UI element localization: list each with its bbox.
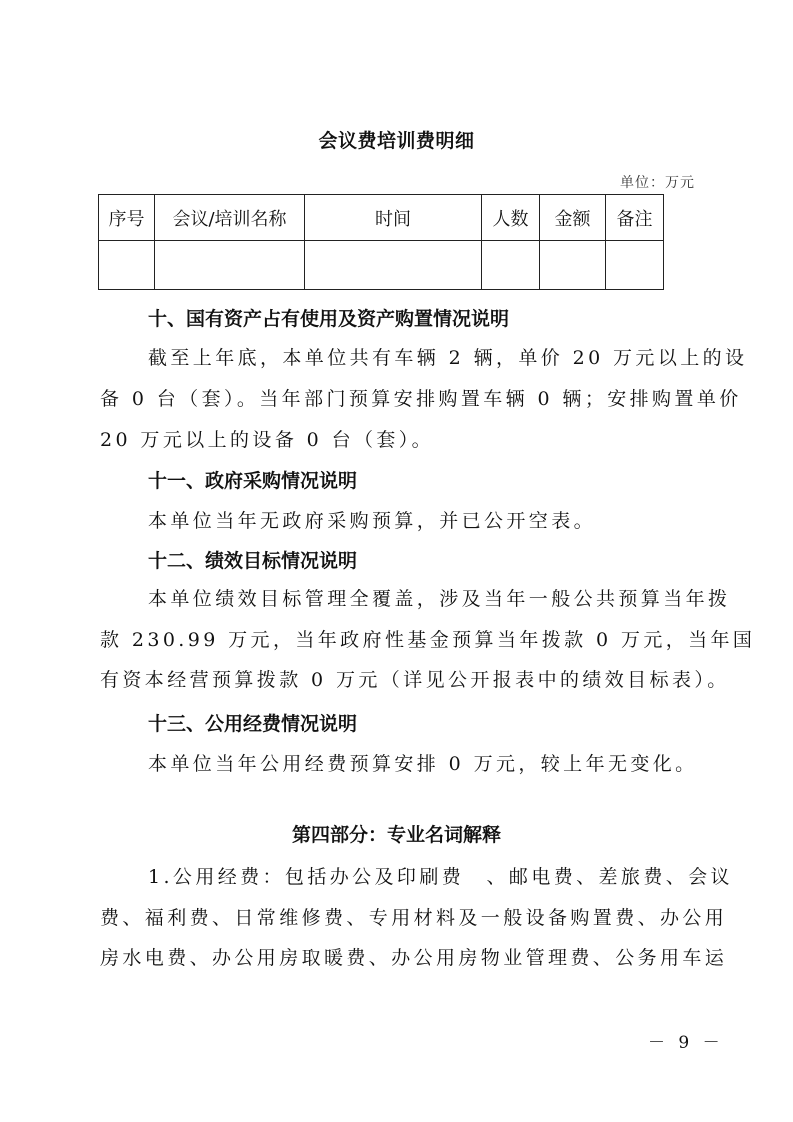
cell-time [305,241,482,290]
paragraph-line: 房水电费、办公用房取暖费、办公用房物业管理费、公务用车运 [100,943,727,970]
paragraph-line: 有资本经营预算拨款 0 万元（详见公开报表中的绩效目标表）。 [100,665,730,692]
section-heading-assets: 十、国有资产占有使用及资产购置情况说明 [148,304,509,331]
col-header-index: 序号 [99,195,155,241]
col-header-time: 时间 [305,195,482,241]
cell-count [482,241,540,290]
meeting-training-fee-table: 序号 会议/培训名称 时间 人数 金额 备注 [98,194,664,290]
paragraph-line: 备 0 台（套）。当年部门预算安排购置车辆 0 辆；安排购置单价 [100,384,742,411]
cell-amount [540,241,606,290]
table-title: 会议费培训费明细 [0,126,793,153]
paragraph-line: 款 230.99 万元，当年政府性基金预算当年拨款 0 万元，当年国 [100,625,755,652]
table-row [99,241,664,290]
table-header-row: 序号 会议/培训名称 时间 人数 金额 备注 [99,195,664,241]
col-header-name: 会议/培训名称 [155,195,305,241]
section-heading-procurement: 十一、政府采购情况说明 [148,466,357,493]
paragraph-line: 本单位绩效目标管理全覆盖，涉及当年一般公共预算当年拨 [148,584,730,611]
paragraph-line: 本单位当年公用经费预算安排 0 万元，较上年无变化。 [148,749,698,776]
page-number: － 9 － [648,1028,724,1053]
unit-label: 单位：万元 [620,172,695,192]
part4-title: 第四部分：专业名词解释 [0,820,793,847]
section-heading-performance: 十二、绩效目标情况说明 [148,546,357,573]
paragraph-line: 1.公用经费：包括办公及印刷费 、邮电费、差旅费、会议 [148,862,733,889]
col-header-remark: 备注 [606,195,664,241]
paragraph-line: 本单位当年无政府采购预算，并已公开空表。 [148,506,596,533]
cell-remark [606,241,664,290]
section-heading-public-expenses: 十三、公用经费情况说明 [148,709,357,736]
col-header-count: 人数 [482,195,540,241]
paragraph-line: 20 万元以上的设备 0 台（套）。 [100,425,434,452]
cell-index [99,241,155,290]
paragraph-line: 截至上年底，本单位共有车辆 2 辆，单价 20 万元以上的设 [148,343,747,370]
col-header-amount: 金额 [540,195,606,241]
cell-name [155,241,305,290]
paragraph-line: 费、福利费、日常维修费、专用材料及一般设备购置费、办公用 [100,903,727,930]
